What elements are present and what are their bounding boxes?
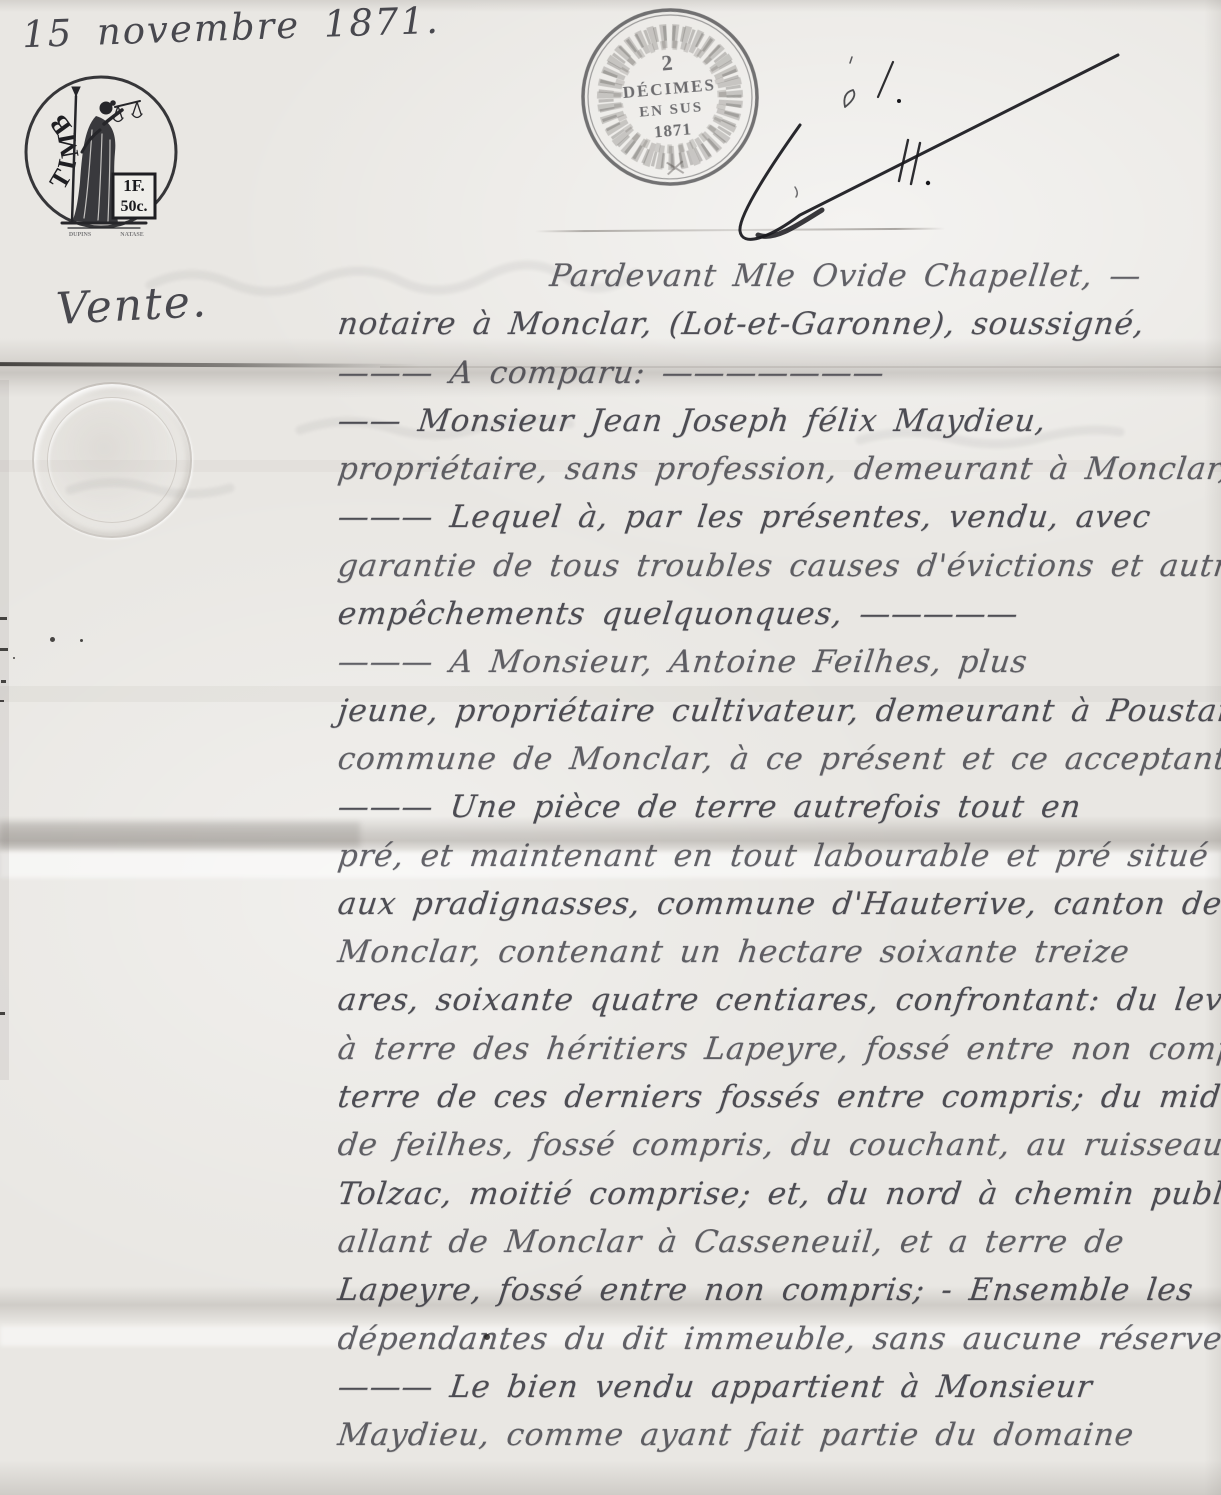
ink-speck (80, 639, 83, 642)
manuscript-line-text: à terre des héritiers Lapeyre, fossé ent… (335, 1025, 1221, 1073)
manuscript-line: aux pradignasses, commune d'Hauterive, c… (338, 880, 1221, 928)
manuscript-line-text: garantie de tous troubles causes d'évict… (335, 542, 1221, 590)
manuscript-line: Pardevant Mle Ovide Chapellet, — (338, 252, 1221, 300)
manuscript-line-text: ——— A Monsieur, Antoine Feilhes, plus (335, 638, 1030, 686)
manuscript-line: ——— Le bien vendu appartient à Monsieur (338, 1363, 1221, 1411)
manuscript-line-text: Monclar, contenant un hectare soixante t… (335, 928, 1132, 976)
ink-speck (0, 617, 7, 620)
manuscript-line: commune de Monclar, à ce présent et ce a… (338, 735, 1221, 783)
manuscript-line-text: Maydieu, comme ayant fait partie du doma… (335, 1411, 1137, 1459)
ink-speck (13, 657, 15, 659)
timbre-value-bottom: 50c. (120, 198, 147, 215)
paper-shadow (0, 1460, 1221, 1495)
ink-speck (50, 637, 55, 642)
manuscript-line-text: terre de ces derniers fossés entre compr… (335, 1073, 1221, 1121)
manuscript-line: dépendantes du dit immeuble, sans aucune… (338, 1315, 1221, 1363)
manuscript-line: propriétaire, sans profession, demeurant… (338, 445, 1221, 493)
manuscript-line-text: ——— Le bien vendu appartient à Monsieur (335, 1363, 1095, 1411)
ink-speck (1, 680, 6, 683)
manuscript-line-text: ——— Une pièce de terre autrefois tout en (335, 783, 1084, 831)
margin-label: Vente. (55, 276, 209, 335)
ink-speck (0, 1012, 5, 1015)
embossed-seal (32, 382, 192, 538)
manuscript-line: empêchements quelquonques, ————— (338, 590, 1221, 638)
manuscript-line-text: Pardevant Mle Ovide Chapellet, — (547, 252, 1144, 300)
manuscript-line: Tolzac, moitié comprise; et, du nord à c… (338, 1170, 1221, 1218)
timbre-engraver-left: DUPINS (69, 232, 92, 238)
manuscript-line-text: notaire à Monclar, (Lot-et-Garonne), sou… (335, 300, 1147, 348)
pen-flourish (700, 35, 1130, 265)
manuscript-line-text: empêchements quelquonques, ————— (335, 590, 1021, 638)
decimes-line3: EN SUS (639, 99, 704, 121)
manuscript-body: Pardevant Mle Ovide Chapellet, —notaire … (338, 252, 1221, 1459)
decimes-line4: 1871 (653, 119, 693, 141)
manuscript-line: à terre des héritiers Lapeyre, fossé ent… (338, 1025, 1221, 1073)
manuscript-line: jeune, propriétaire cultivateur, demeura… (338, 687, 1221, 735)
ink-blob (484, 1334, 490, 1340)
manuscript-line-text: commune de Monclar, à ce présent et ce a… (335, 735, 1221, 783)
manuscript-line-text: pré, et maintenant en tout labourable et… (335, 832, 1211, 880)
manuscript-line: de feilhes, fossé compris, du couchant, … (338, 1121, 1221, 1169)
manuscript-line: Monclar, contenant un hectare soixante t… (338, 928, 1221, 976)
manuscript-line-text: allant de Monclar à Casseneuil, et a ter… (335, 1218, 1127, 1266)
manuscript-line-text: de feilhes, fossé compris, du couchant, … (335, 1121, 1221, 1169)
manuscript-line: ——— A comparu: ——————— (338, 349, 1221, 397)
manuscript-line: ——— Une pièce de terre autrefois tout en (338, 783, 1221, 831)
manuscript-line: terre de ces derniers fossés entre compr… (338, 1073, 1221, 1121)
manuscript-line: Maydieu, comme ayant fait partie du doma… (338, 1411, 1221, 1459)
manuscript-line: —— Monsieur Jean Joseph félix Maydieu, (338, 397, 1221, 445)
manuscript-line-text: propriétaire, sans profession, demeurant… (335, 445, 1221, 493)
manuscript-line: ——— Lequel à, par les présentes, vendu, … (338, 493, 1221, 541)
manuscript-line-text: ——— Lequel à, par les présentes, vendu, … (335, 493, 1154, 541)
manuscript-line-text: ——— A comparu: ——————— (335, 349, 887, 397)
ink-speck (0, 700, 4, 702)
ink-speck (0, 648, 8, 651)
timbre-value-top: 1F. (123, 176, 145, 195)
manuscript-line: ——— A Monsieur, Antoine Feilhes, plus (338, 638, 1221, 686)
scanned-document-page: 15 novembre 1871. TIMBRE 1F. 50c. (0, 0, 1221, 1495)
manuscript-line-text: Tolzac, moitié comprise; et, du nord à c… (335, 1170, 1221, 1218)
manuscript-line: ares, soixante quatre centiares, confron… (338, 976, 1221, 1024)
timbre-engraver-right: NATASE (120, 232, 143, 238)
manuscript-line-text: —— Monsieur Jean Joseph félix Maydieu, (335, 397, 1049, 445)
paper-crease (0, 822, 360, 848)
manuscript-line-text: ares, soixante quatre centiares, confron… (335, 976, 1221, 1024)
embossed-seal-inner-ring (47, 397, 177, 523)
manuscript-line-text: jeune, propriétaire cultivateur, demeura… (335, 687, 1221, 735)
manuscript-line: allant de Monclar à Casseneuil, et a ter… (338, 1218, 1221, 1266)
decimes-value: 2 (660, 50, 673, 76)
manuscript-line: notaire à Monclar, (Lot-et-Garonne), sou… (338, 300, 1221, 348)
manuscript-line: garantie de tous troubles causes d'évict… (338, 542, 1221, 590)
timbre-value-box: 1F. 50c. (113, 174, 155, 218)
timbre-stamp: TIMBRE 1F. 50c. DUPINS NATASE (18, 70, 188, 246)
manuscript-line: Lapeyre, fossé entre non compris; - Ense… (338, 1266, 1221, 1314)
manuscript-line: pré, et maintenant en tout labourable et… (338, 832, 1221, 880)
manuscript-line-text: dépendantes du dit immeuble, sans aucune… (335, 1315, 1221, 1363)
manuscript-line-text: aux pradignasses, commune d'Hauterive, c… (335, 880, 1221, 928)
manuscript-line-text: Lapeyre, fossé entre non compris; - Ense… (335, 1266, 1196, 1314)
